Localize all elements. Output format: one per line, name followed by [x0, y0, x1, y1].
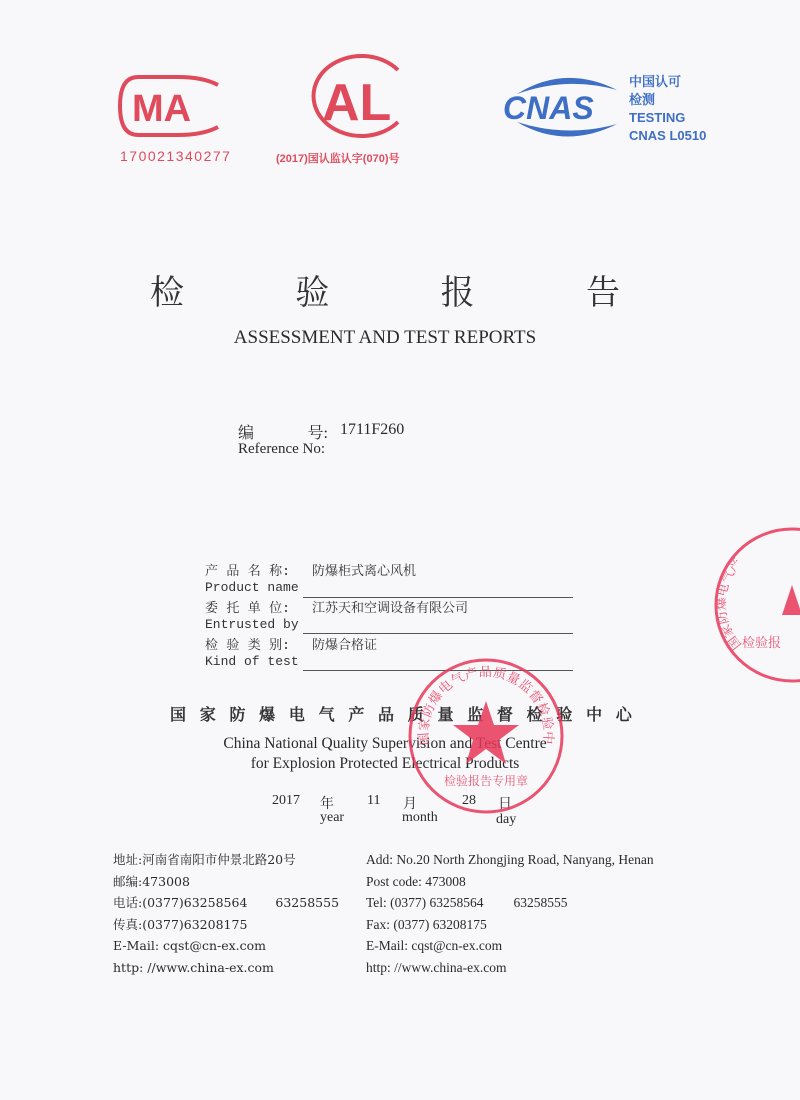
cnas-line: CNAS L0510	[629, 127, 706, 145]
tel-cn-primary: 电话:(0377)63258564	[113, 895, 247, 910]
date-day: 28	[462, 793, 476, 809]
cma-number: 170021340277	[120, 148, 231, 164]
cal-logo-icon: AL	[302, 52, 406, 140]
svg-text:国家防爆电气产: 国家防爆电气产	[713, 555, 745, 652]
centre-name-char: 家	[200, 702, 216, 725]
reference-label-cn: 编 号:	[238, 420, 328, 443]
date-year-en: year	[320, 810, 344, 826]
centre-name-char: 国	[170, 702, 186, 725]
label-char: 托	[226, 597, 239, 616]
centre-name-char: 品	[378, 702, 394, 725]
label-char: 编	[238, 420, 254, 443]
kind-of-test-label-cn: 检 验 类 别:	[205, 634, 290, 653]
title-char: 检	[150, 265, 184, 314]
centre-name-char: 电	[289, 702, 305, 725]
centre-name-char: 心	[616, 702, 632, 725]
centre-name-char: 检	[527, 702, 543, 725]
cnas-logo-icon: CNAS	[497, 72, 633, 140]
address-en: Add: No.20 North Zhongjing Road, Nanyang…	[366, 849, 654, 871]
entrusted-by-label-en: Entrusted by	[205, 617, 299, 632]
contact-en: Add: No.20 North Zhongjing Road, Nanyang…	[366, 849, 654, 978]
svg-text:MA: MA	[132, 88, 191, 130]
web-en[interactable]: http: //www.china-ex.com	[366, 957, 654, 979]
cnas-line: TESTING	[629, 109, 706, 127]
centre-name-char: 产	[348, 702, 364, 725]
label-char: 称:	[269, 560, 290, 579]
date-day-cn: 日	[498, 793, 512, 813]
centre-name-en-line1: China National Quality Supervision and T…	[0, 735, 770, 753]
svg-text:国家防爆电气产品质量监督检验中心: 国家防爆电气产品质量监督检验中心	[405, 655, 556, 746]
product-name-label-cn: 产 品 名 称:	[205, 560, 290, 579]
centre-name-char: 量	[437, 702, 453, 725]
entrusted-by-value: 江苏天和空调设备有限公司	[312, 597, 468, 616]
label-char: 验	[226, 634, 239, 653]
centre-name-char: 监	[467, 702, 483, 725]
centre-name-char: 气	[319, 702, 335, 725]
cal-number: (2017)国认监认字(070)号	[276, 150, 399, 166]
reference-number: 1711F260	[340, 421, 404, 439]
kind-of-test-value: 防爆合格证	[312, 634, 377, 653]
title-char: 报	[441, 265, 475, 314]
centre-name-cn: 国家防爆电气产品质量监督检验中心	[170, 702, 632, 725]
page-title-en: ASSESSMENT AND TEST REPORTS	[0, 327, 770, 349]
date-month-en: month	[402, 810, 438, 826]
label-char: 号:	[308, 420, 328, 443]
label-char: 名	[248, 560, 261, 579]
entrusted-by-label-cn: 委 托 单 位:	[205, 597, 290, 616]
product-name-value: 防爆柜式离心风机	[312, 560, 416, 579]
label-char: 产	[205, 560, 218, 579]
cnas-line: 中国认可	[629, 73, 706, 91]
label-char: 委	[205, 597, 218, 616]
label-char: 单	[248, 597, 261, 616]
label-char: 别:	[269, 634, 290, 653]
kind-of-test-label-en: Kind of test	[205, 654, 299, 669]
contact-cn: 地址:河南省南阳市仲景北路20号 邮编:473008 电话:(0377)6325…	[113, 849, 339, 978]
date-year: 2017	[272, 793, 300, 809]
postcode-en: Post code: 473008	[366, 871, 654, 893]
date-day-en: day	[496, 812, 516, 828]
centre-name-char: 防	[229, 702, 245, 725]
date-month: 11	[367, 793, 380, 809]
reference-label-en: Reference No:	[238, 441, 325, 458]
tel-en-secondary: 63258555	[514, 895, 568, 910]
centre-name-en-line2: for Explosion Protected Electrical Produ…	[0, 755, 770, 773]
tel-cn: 电话:(0377)6325856463258555	[113, 892, 339, 914]
centre-name-char: 验	[556, 702, 572, 725]
label-char: 检	[205, 634, 218, 653]
svg-text:检验报告专用章: 检验报告专用章	[444, 773, 528, 788]
svg-text:检验报: 检验报	[742, 635, 781, 651]
svg-text:CNAS: CNAS	[503, 90, 594, 126]
tel-cn-secondary: 63258555	[275, 895, 339, 910]
product-name-label-en: Product name	[205, 580, 299, 595]
email-cn[interactable]: E-Mail: cqst@cn-ex.com	[113, 935, 339, 957]
tel-en: Tel: (0377) 6325856463258555	[366, 892, 654, 914]
cnas-text-block: 中国认可 检测 TESTING CNAS L0510	[629, 73, 706, 145]
address-cn: 地址:河南省南阳市仲景北路20号	[113, 849, 339, 871]
centre-name-char: 中	[586, 702, 602, 725]
email-en[interactable]: E-Mail: cqst@cn-ex.com	[366, 935, 654, 957]
kind-of-test-underline	[303, 670, 573, 671]
page-title-cn: 检 验 报 告	[150, 265, 620, 314]
label-char: 类	[248, 634, 261, 653]
partial-seal-stamp-icon: 国家防爆电气产 检验报	[712, 525, 800, 685]
title-char: 验	[295, 265, 329, 314]
cma-logo-icon: MA	[118, 75, 238, 137]
centre-name-char: 爆	[259, 702, 275, 725]
fax-en: Fax: (0377) 63208175	[366, 914, 654, 936]
label-char: 位:	[269, 597, 290, 616]
cnas-line: 检测	[629, 91, 706, 109]
svg-text:AL: AL	[322, 74, 391, 132]
postcode-cn: 邮编:473008	[113, 871, 339, 893]
title-char: 告	[586, 265, 620, 314]
tel-en-primary: Tel: (0377) 63258564	[366, 895, 484, 910]
fax-cn: 传真:(0377)63208175	[113, 914, 339, 936]
label-char: 品	[226, 560, 239, 579]
centre-name-char: 质	[408, 702, 424, 725]
centre-name-char: 督	[497, 702, 513, 725]
web-cn[interactable]: http: //www.china-ex.com	[113, 957, 339, 979]
